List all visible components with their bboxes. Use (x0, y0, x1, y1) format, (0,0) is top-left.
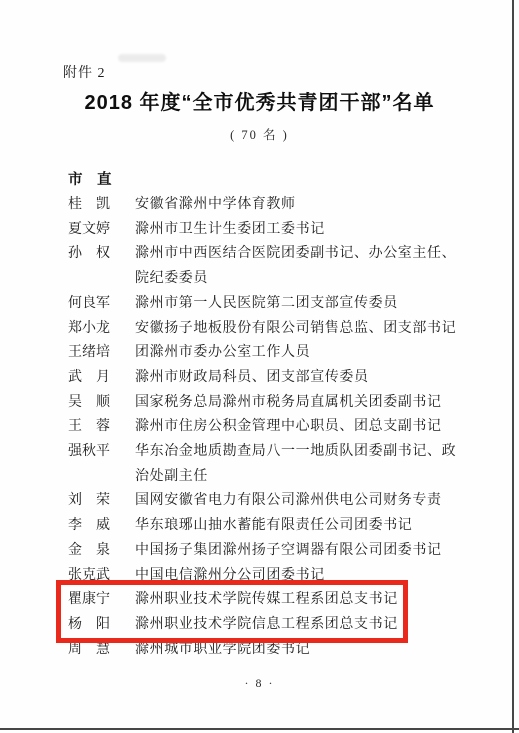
cadre-title: 滁州市卫生计生委团工委书记 (135, 218, 325, 243)
page-edge-right-line (512, 0, 514, 733)
cadre-name: 杨 阳 (68, 613, 120, 638)
scan-smudge (118, 54, 166, 62)
cadre-title: 中国电信滁州分公司团委书记 (135, 564, 325, 589)
list-row: 吴 顺国家税务总局滁州市税务局直属机关团委副书记 (68, 391, 488, 416)
cadre-name: 瞿康宁 (68, 588, 120, 613)
list-row: 周 慧滁州城市职业学院团委书记 (68, 638, 488, 663)
list-row: 瞿康宁滁州职业技术学院传媒工程系团总支书记 (68, 588, 488, 613)
cadre-title: 滁州市住房公积金管理中心职员、团总支副书记 (135, 415, 442, 440)
list-row: 孙 权滁州市中西医结合医院团委副书记、办公室主任、院纪委委员 (68, 242, 488, 291)
cadre-title: 华东琅琊山抽水蓄能有限责任公司团委书记 (135, 514, 412, 539)
subtitle-count: ( 70 名 ) (0, 125, 519, 143)
page-number: · 8 · (0, 676, 519, 691)
cadre-title: 滁州市第一人民医院第二团支部宣传委员 (135, 292, 398, 317)
list-row: 夏文婷滁州市卫生计生委团工委书记 (68, 218, 488, 243)
page: 附件 2 2018 年度“全市优秀共青团干部”名单 ( 70 名 ) 市 直 桂… (0, 0, 519, 733)
list-row: 王 蓉滁州市住房公积金管理中心职员、团总支副书记 (68, 415, 488, 440)
cadre-name: 王 蓉 (68, 415, 120, 440)
cadre-title: 滁州市中西医结合医院团委副书记、办公室主任、院纪委委员 (135, 242, 456, 291)
cadre-name: 王绪培 (68, 341, 120, 366)
section-header: 市 直 (68, 168, 112, 189)
cadre-title: 滁州市财政局科员、团支部宣传委员 (135, 366, 369, 391)
cadre-name: 金 泉 (68, 539, 120, 564)
cadre-title: 滁州职业技术学院传媒工程系团总支书记 (135, 588, 398, 613)
page-title: 2018 年度“全市优秀共青团干部”名单 (0, 86, 519, 115)
cadre-title: 华东冶金地质勘查局八一一地质队团委副书记、政治处副主任 (135, 440, 456, 489)
cadre-title: 滁州职业技术学院信息工程系团总支书记 (135, 613, 398, 638)
cadre-name: 李 威 (68, 514, 120, 539)
list-row: 桂 凯安徽省滁州中学体育教师 (68, 193, 488, 218)
cadre-name: 张克武 (68, 564, 120, 589)
list-row: 郑小龙安徽扬子地板股份有限公司销售总监、团支部书记 (68, 317, 488, 342)
list-row: 金 泉中国扬子集团滁州扬子空调器有限公司团委书记 (68, 539, 488, 564)
cadre-name: 周 慧 (68, 638, 120, 663)
cadre-name: 强秋平 (68, 440, 120, 465)
cadre-name: 吴 顺 (68, 391, 120, 416)
page-edge-bottom-line (0, 728, 519, 730)
cadre-list: 桂 凯安徽省滁州中学体育教师夏文婷滁州市卫生计生委团工委书记孙 权滁州市中西医结… (68, 193, 488, 662)
cadre-title: 国家税务总局滁州市税务局直属机关团委副书记 (135, 391, 442, 416)
cadre-title: 国网安徽省电力有限公司滁州供电公司财务专责 (135, 489, 442, 514)
cadre-title: 中国扬子集团滁州扬子空调器有限公司团委书记 (135, 539, 442, 564)
cadre-title: 滁州城市职业学院团委书记 (135, 638, 310, 663)
list-row: 刘 荣国网安徽省电力有限公司滁州供电公司财务专责 (68, 489, 488, 514)
cadre-title: 安徽扬子地板股份有限公司销售总监、团支部书记 (135, 317, 456, 342)
cadre-name: 桂 凯 (68, 193, 120, 218)
list-row: 武 月滁州市财政局科员、团支部宣传委员 (68, 366, 488, 391)
list-row: 何良军滁州市第一人民医院第二团支部宣传委员 (68, 292, 488, 317)
list-row: 王绪培团滁州市委办公室工作人员 (68, 341, 488, 366)
attachment-label: 附件 2 (63, 62, 106, 82)
cadre-name: 郑小龙 (68, 317, 120, 342)
cadre-name: 夏文婷 (68, 218, 120, 243)
cadre-name: 孙 权 (68, 242, 120, 267)
cadre-name: 刘 荣 (68, 489, 120, 514)
list-row: 李 威华东琅琊山抽水蓄能有限责任公司团委书记 (68, 514, 488, 539)
list-row: 强秋平华东冶金地质勘查局八一一地质队团委副书记、政治处副主任 (68, 440, 488, 489)
cadre-title: 安徽省滁州中学体育教师 (135, 193, 296, 218)
cadre-name: 何良军 (68, 292, 120, 317)
cadre-title: 团滁州市委办公室工作人员 (135, 341, 310, 366)
list-row: 张克武中国电信滁州分公司团委书记 (68, 564, 488, 589)
cadre-name: 武 月 (68, 366, 120, 391)
list-row: 杨 阳滁州职业技术学院信息工程系团总支书记 (68, 613, 488, 638)
